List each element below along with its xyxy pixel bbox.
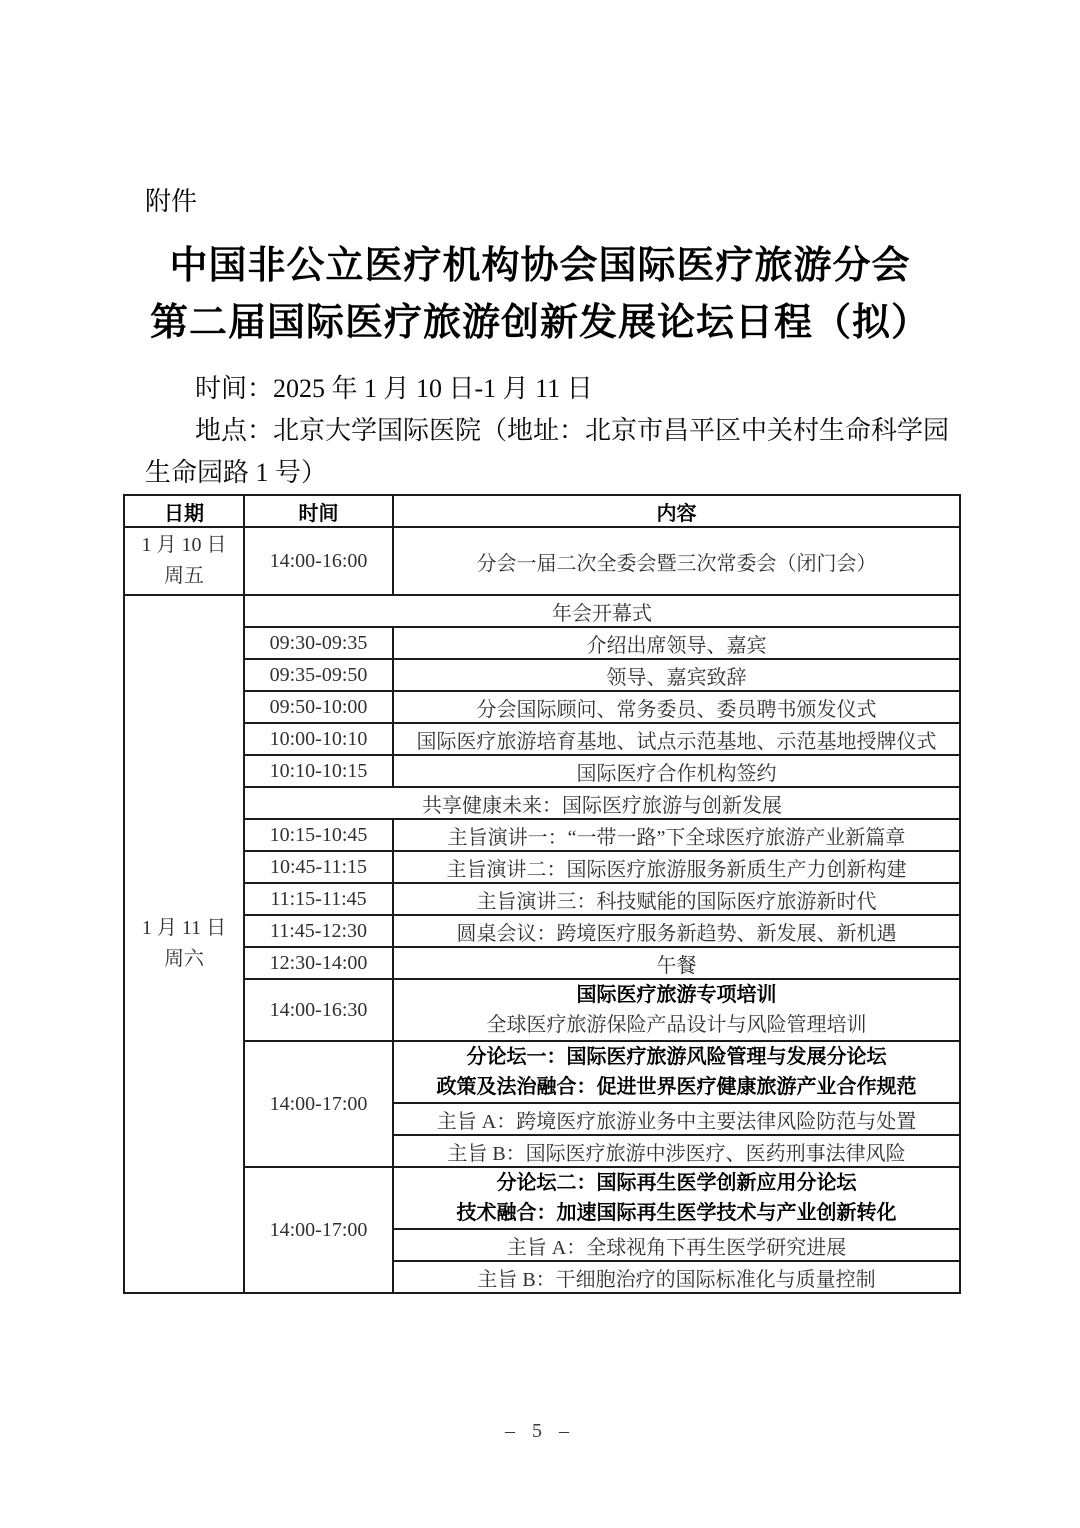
table-header-row: 日期 时间 内容 bbox=[124, 495, 960, 527]
header-date: 日期 bbox=[124, 495, 244, 527]
session-content: 国际医疗旅游培育基地、试点示范基地、示范基地授牌仪式 bbox=[393, 723, 960, 755]
session-time: 10:10-10:15 bbox=[244, 755, 393, 787]
session-content: 介绍出席领导、嘉宾 bbox=[393, 627, 960, 659]
forum2-topic-b: 主旨 B：干细胞治疗的国际标准化与质量控制 bbox=[393, 1261, 960, 1293]
session-time: 10:15-10:45 bbox=[244, 819, 393, 851]
document-title-line1: 中国非公立医疗机构协会国际医疗旅游分会 bbox=[0, 238, 1080, 295]
session-time: 10:45-11:15 bbox=[244, 851, 393, 883]
session-content: 主旨演讲二：国际医疗旅游服务新质生产力创新构建 bbox=[393, 851, 960, 883]
document-title-line2: 第二届国际医疗旅游创新发展论坛日程（拟） bbox=[0, 295, 1080, 352]
document-title: 中国非公立医疗机构协会国际医疗旅游分会 第二届国际医疗旅游创新发展论坛日程（拟） bbox=[0, 238, 1080, 352]
table-row: 11:45-12:30 圆桌会议：跨境医疗服务新趋势、新发展、新机遇 bbox=[124, 915, 960, 947]
attachment-label: 附件 bbox=[145, 186, 1080, 216]
forum1-topic-a: 主旨 A：跨境医疗旅游业务中主要法律风险防范与处置 bbox=[393, 1103, 960, 1135]
forum2-subtitle: 技术融合：加速国际再生医学技术与产业创新转化 bbox=[398, 1198, 955, 1228]
session-content: 午餐 bbox=[393, 947, 960, 979]
table-row: 1 月 11 日 周六 年会开幕式 bbox=[124, 595, 960, 627]
day1-content: 分会一届二次全委会暨三次常委会（闭门会） bbox=[393, 527, 960, 595]
table-row: 10:00-10:10 国际医疗旅游培育基地、试点示范基地、示范基地授牌仪式 bbox=[124, 723, 960, 755]
table-row: 14:00-17:00 分论坛二：国际再生医学创新应用分论坛 技术融合：加速国际… bbox=[124, 1167, 960, 1229]
schedule-table: 日期 时间 内容 1 月 10 日 周五 14:00-16:00 分会一届二次全… bbox=[123, 494, 961, 1294]
forum1-subtitle: 政策及法治融合：促进世界医疗健康旅游产业合作规范 bbox=[398, 1072, 955, 1102]
document-page: 附件 中国非公立医疗机构协会国际医疗旅游分会 第二届国际医疗旅游创新发展论坛日程… bbox=[0, 0, 1080, 1528]
forum2-time: 14:00-17:00 bbox=[244, 1167, 393, 1293]
session-time: 09:50-10:00 bbox=[244, 691, 393, 723]
forum2-topic-a: 主旨 A：全球视角下再生医学研究进展 bbox=[393, 1229, 960, 1261]
training-cell: 国际医疗旅游专项培训 全球医疗旅游保险产品设计与风险管理培训 bbox=[393, 979, 960, 1041]
table-row: 12:30-14:00 午餐 bbox=[124, 947, 960, 979]
forum1-title-cell: 分论坛一：国际医疗旅游风险管理与发展分论坛 政策及法治融合：促进世界医疗健康旅游… bbox=[393, 1041, 960, 1103]
session-content: 国际医疗合作机构签约 bbox=[393, 755, 960, 787]
keynote-section-header: 共享健康未来：国际医疗旅游与创新发展 bbox=[244, 787, 960, 819]
day1-date-cell: 1 月 10 日 周五 bbox=[124, 527, 244, 595]
table-row: 1 月 10 日 周五 14:00-16:00 分会一届二次全委会暨三次常委会（… bbox=[124, 527, 960, 595]
session-time: 10:00-10:10 bbox=[244, 723, 393, 755]
training-time: 14:00-16:30 bbox=[244, 979, 393, 1041]
table-row: 11:15-11:45 主旨演讲三：科技赋能的国际医疗旅游新时代 bbox=[124, 883, 960, 915]
table-row: 14:00-16:30 国际医疗旅游专项培训 全球医疗旅游保险产品设计与风险管理… bbox=[124, 979, 960, 1041]
session-content: 主旨演讲三：科技赋能的国际医疗旅游新时代 bbox=[393, 883, 960, 915]
table-row: 共享健康未来：国际医疗旅游与创新发展 bbox=[124, 787, 960, 819]
forum2-title: 分论坛二：国际再生医学创新应用分论坛 bbox=[398, 1168, 955, 1198]
training-title: 国际医疗旅游专项培训 bbox=[398, 980, 955, 1010]
page-number: – 5 – bbox=[0, 1420, 1080, 1443]
day2-weekday: 周六 bbox=[129, 944, 239, 975]
day1-date: 1 月 10 日 bbox=[129, 530, 239, 561]
table-row: 09:30-09:35 介绍出席领导、嘉宾 bbox=[124, 627, 960, 659]
forum1-title: 分论坛一：国际医疗旅游风险管理与发展分论坛 bbox=[398, 1042, 955, 1072]
forum2-title-cell: 分论坛二：国际再生医学创新应用分论坛 技术融合：加速国际再生医学技术与产业创新转… bbox=[393, 1167, 960, 1229]
table-row: 09:50-10:00 分会国际顾问、常务委员、委员聘书颁发仪式 bbox=[124, 691, 960, 723]
session-time: 09:35-09:50 bbox=[244, 659, 393, 691]
day2-date: 1 月 11 日 bbox=[129, 913, 239, 944]
event-meta: 时间：2025 年 1 月 10 日-1 月 11 日 地点：北京大学国际医院（… bbox=[145, 368, 1080, 494]
table-row: 14:00-17:00 分论坛一：国际医疗旅游风险管理与发展分论坛 政策及法治融… bbox=[124, 1041, 960, 1103]
training-subtitle: 全球医疗旅游保险产品设计与风险管理培训 bbox=[398, 1010, 955, 1040]
session-time: 12:30-14:00 bbox=[244, 947, 393, 979]
session-content: 圆桌会议：跨境医疗服务新趋势、新发展、新机遇 bbox=[393, 915, 960, 947]
day1-time: 14:00-16:00 bbox=[244, 527, 393, 595]
session-content: 主旨演讲一：“一带一路”下全球医疗旅游产业新篇章 bbox=[393, 819, 960, 851]
header-time: 时间 bbox=[244, 495, 393, 527]
session-time: 11:15-11:45 bbox=[244, 883, 393, 915]
forum1-time: 14:00-17:00 bbox=[244, 1041, 393, 1167]
day2-date-cell: 1 月 11 日 周六 bbox=[124, 595, 244, 1293]
event-time: 时间：2025 年 1 月 10 日-1 月 11 日 bbox=[145, 368, 1080, 410]
table-row: 09:35-09:50 领导、嘉宾致辞 bbox=[124, 659, 960, 691]
table-row: 10:15-10:45 主旨演讲一：“一带一路”下全球医疗旅游产业新篇章 bbox=[124, 819, 960, 851]
table-row: 10:10-10:15 国际医疗合作机构签约 bbox=[124, 755, 960, 787]
opening-section-header: 年会开幕式 bbox=[244, 595, 960, 627]
header-content: 内容 bbox=[393, 495, 960, 527]
session-content: 分会国际顾问、常务委员、委员聘书颁发仪式 bbox=[393, 691, 960, 723]
forum1-topic-b: 主旨 B：国际医疗旅游中涉医疗、医药刑事法律风险 bbox=[393, 1135, 960, 1167]
session-time: 09:30-09:35 bbox=[244, 627, 393, 659]
session-time: 11:45-12:30 bbox=[244, 915, 393, 947]
event-location: 地点：北京大学国际医院（地址：北京市昌平区中关村生命科学园 bbox=[145, 410, 1080, 452]
event-location-continuation: 生命园路 1 号） bbox=[145, 452, 1080, 494]
session-content: 领导、嘉宾致辞 bbox=[393, 659, 960, 691]
table-row: 10:45-11:15 主旨演讲二：国际医疗旅游服务新质生产力创新构建 bbox=[124, 851, 960, 883]
day1-weekday: 周五 bbox=[129, 561, 239, 592]
